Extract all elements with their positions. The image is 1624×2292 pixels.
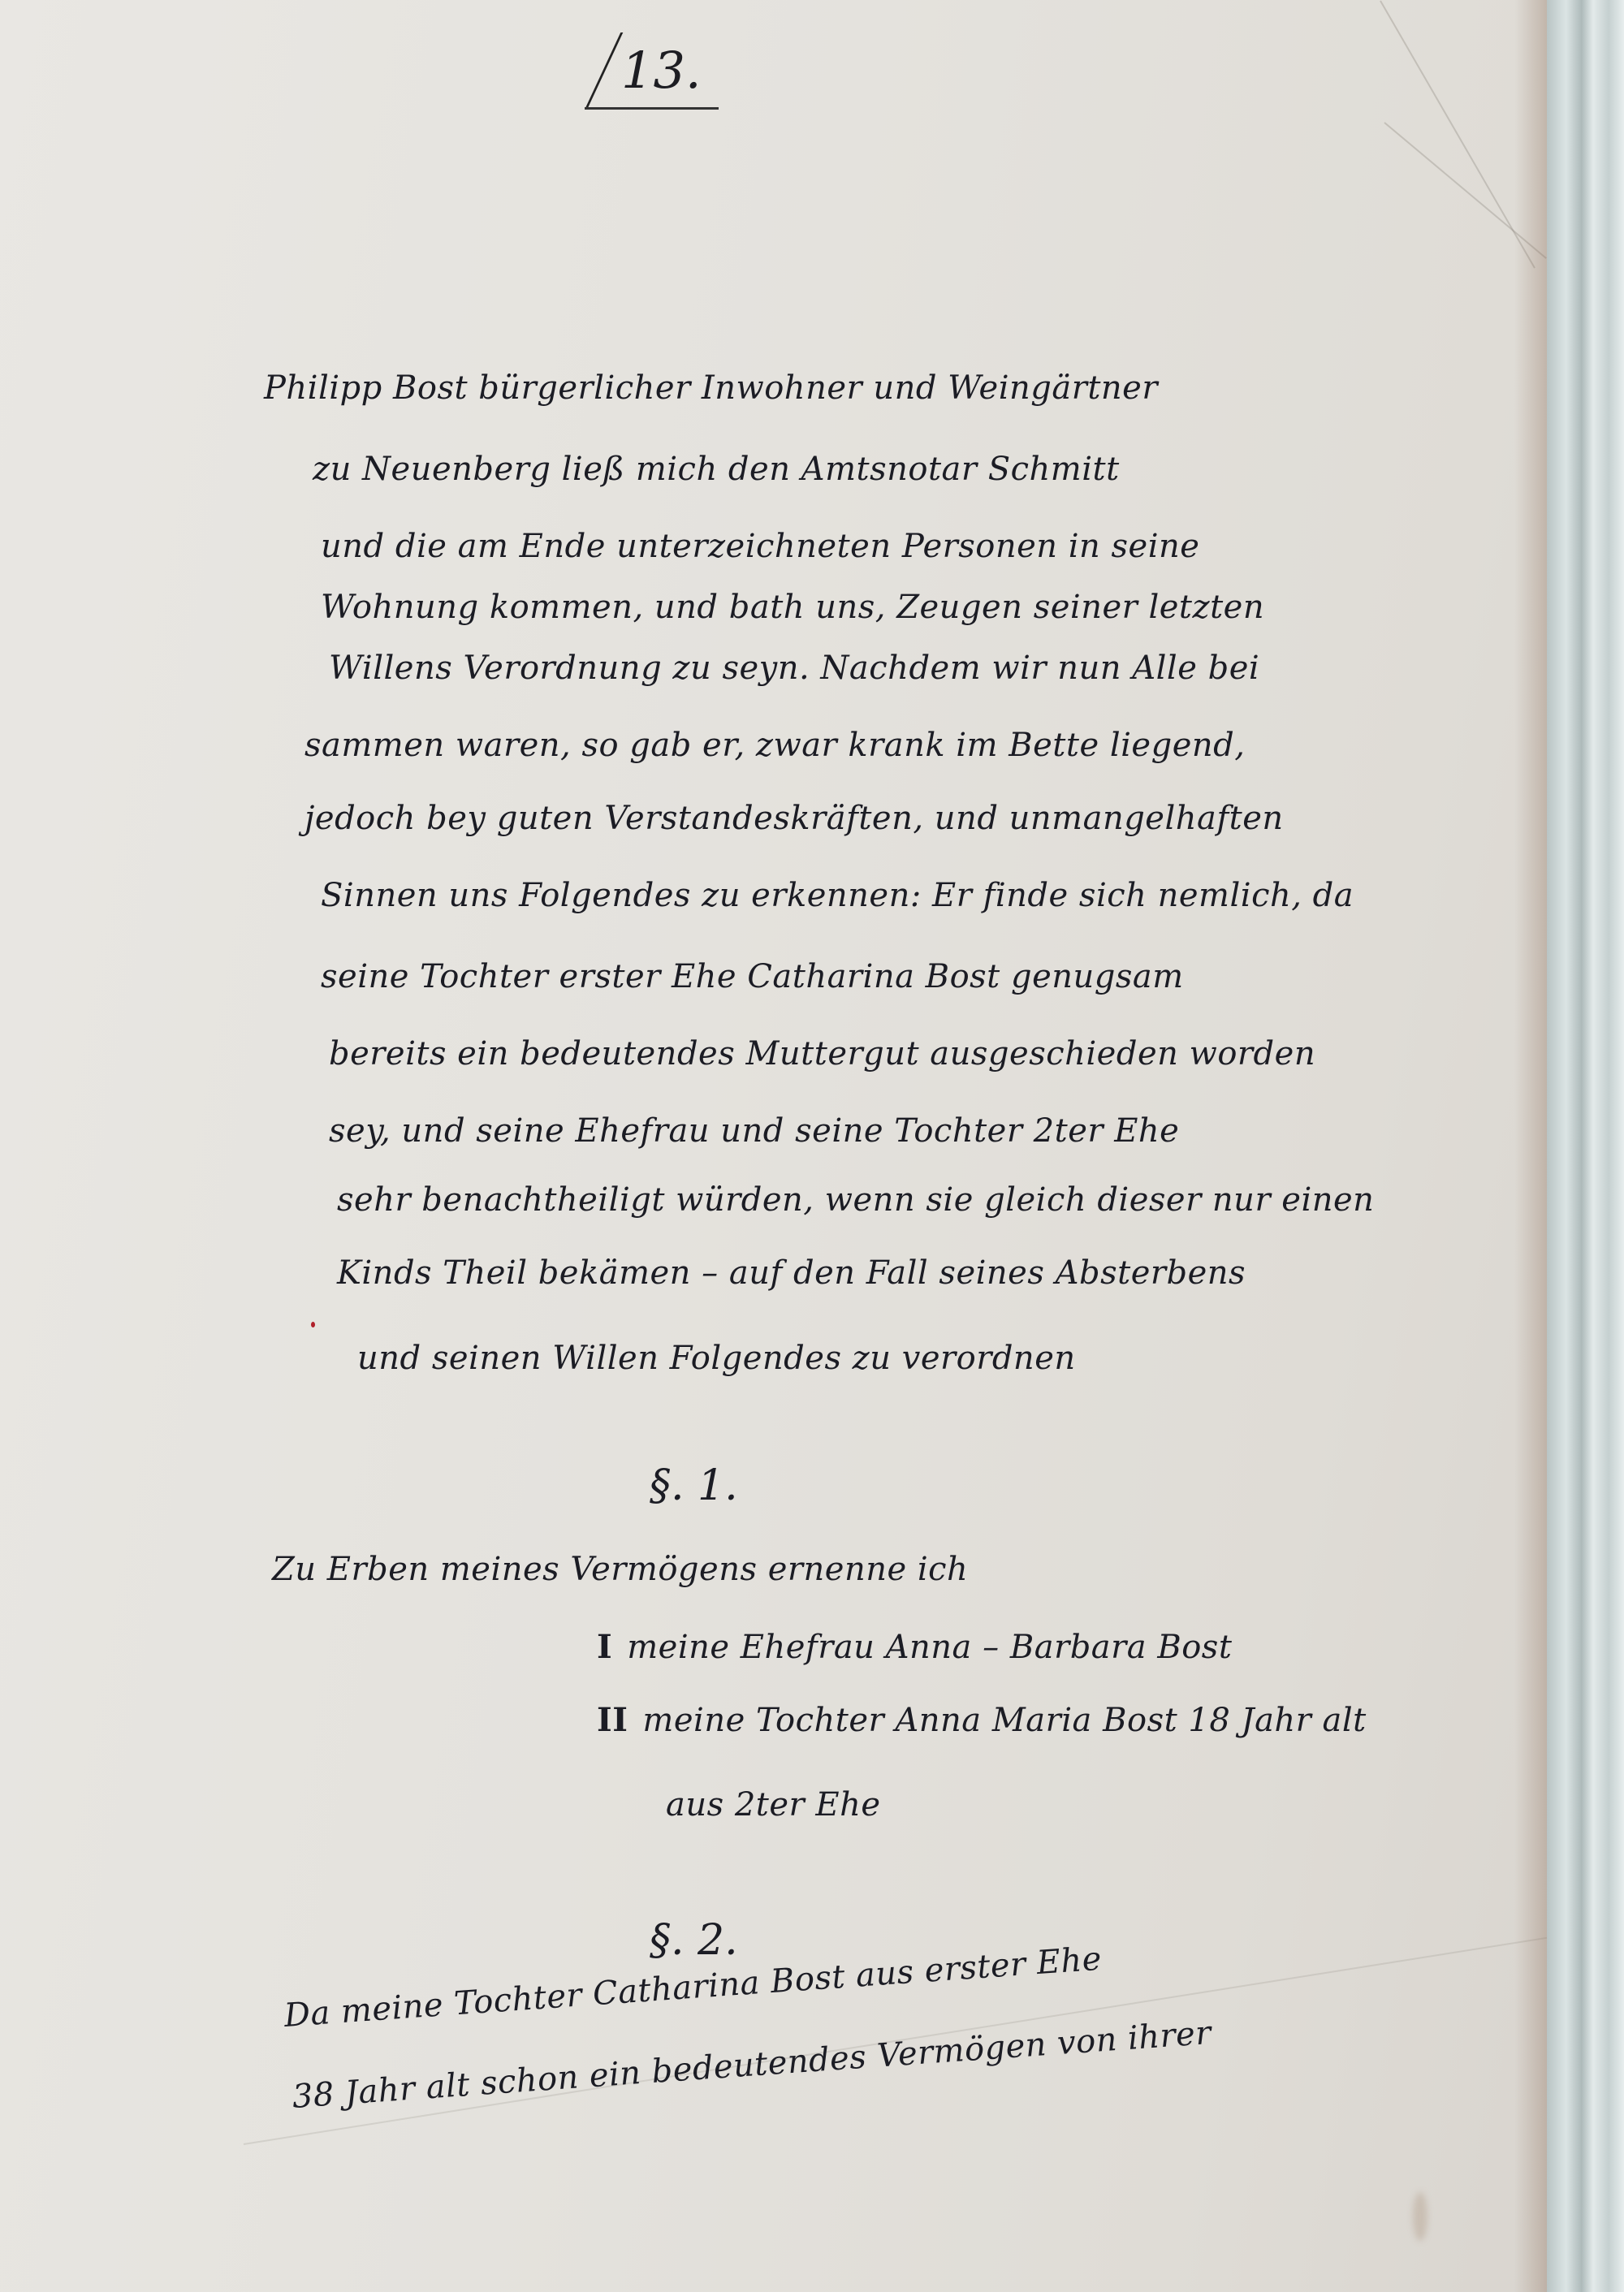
folio-number-text: 13.	[621, 41, 702, 100]
heir-item-2-continuation: aus 2ter Ehe	[666, 1786, 881, 1824]
heir-text: meine Ehefrau Anna – Barbara Bost	[627, 1629, 1232, 1666]
preamble-line: Willens Verordnung zu seyn. Nachdem wir …	[329, 650, 1259, 687]
preamble-line: jedoch bey guten Verstandeskräften, und …	[304, 800, 1284, 837]
red-ink-spot	[311, 1322, 315, 1327]
section-2-line: 38 Jahr alt schon ein bedeutendes Vermög…	[291, 2014, 1212, 2116]
manuscript-page: 13. Philipp Bost bürgerlicher Inwohner u…	[0, 0, 1547, 2292]
heir-numeral: II	[597, 1701, 628, 1739]
section-1-mark: §. 1.	[650, 1461, 738, 1510]
binding-strip	[1547, 0, 1624, 2292]
preamble-line: seine Tochter erster Ehe Catharina Bost …	[321, 958, 1184, 995]
heir-item-1: Imeine Ehefrau Anna – Barbara Bost	[597, 1628, 1232, 1666]
preamble-line: Sinnen uns Folgendes zu erkennen: Er fin…	[321, 877, 1354, 914]
preamble-line: Kinds Theil bekämen – auf den Fall seine…	[337, 1254, 1246, 1292]
section-2-mark: §. 2.	[650, 1916, 738, 1965]
preamble-line: sehr benachtheiligt würden, wenn sie gle…	[337, 1181, 1374, 1219]
preamble-line: bereits ein bedeutendes Muttergut ausges…	[329, 1035, 1315, 1073]
preamble-line: und die am Ende unterzeichneten Personen…	[321, 528, 1199, 565]
paper-stain	[1413, 2192, 1427, 2241]
preamble-line: zu Neuenberg ließ mich den Amtsnotar Sch…	[313, 451, 1120, 488]
section-1-line: Zu Erben meines Vermögens ernenne ich	[272, 1551, 968, 1588]
preamble-line: Philipp Bost bürgerlicher Inwohner und W…	[264, 369, 1158, 407]
heir-item-2: IImeine Tochter Anna Maria Bost 18 Jahr …	[597, 1701, 1367, 1739]
preamble-line: sey, und seine Ehefrau und seine Tochter…	[329, 1112, 1179, 1150]
folio-underline	[585, 107, 719, 110]
heir-text: meine Tochter Anna Maria Bost 18 Jahr al…	[642, 1702, 1366, 1739]
folio-number: 13.	[585, 32, 723, 110]
preamble-line: Wohnung kommen, und bath uns, Zeugen sei…	[321, 589, 1264, 626]
paper-crease	[1384, 122, 1546, 259]
folio-bracket	[585, 32, 623, 110]
heir-numeral: I	[597, 1628, 612, 1666]
preamble-line: und seinen Willen Folgendes zu verordnen	[357, 1340, 1076, 1377]
preamble-line: sammen waren, so gab er, zwar krank im B…	[304, 727, 1245, 764]
